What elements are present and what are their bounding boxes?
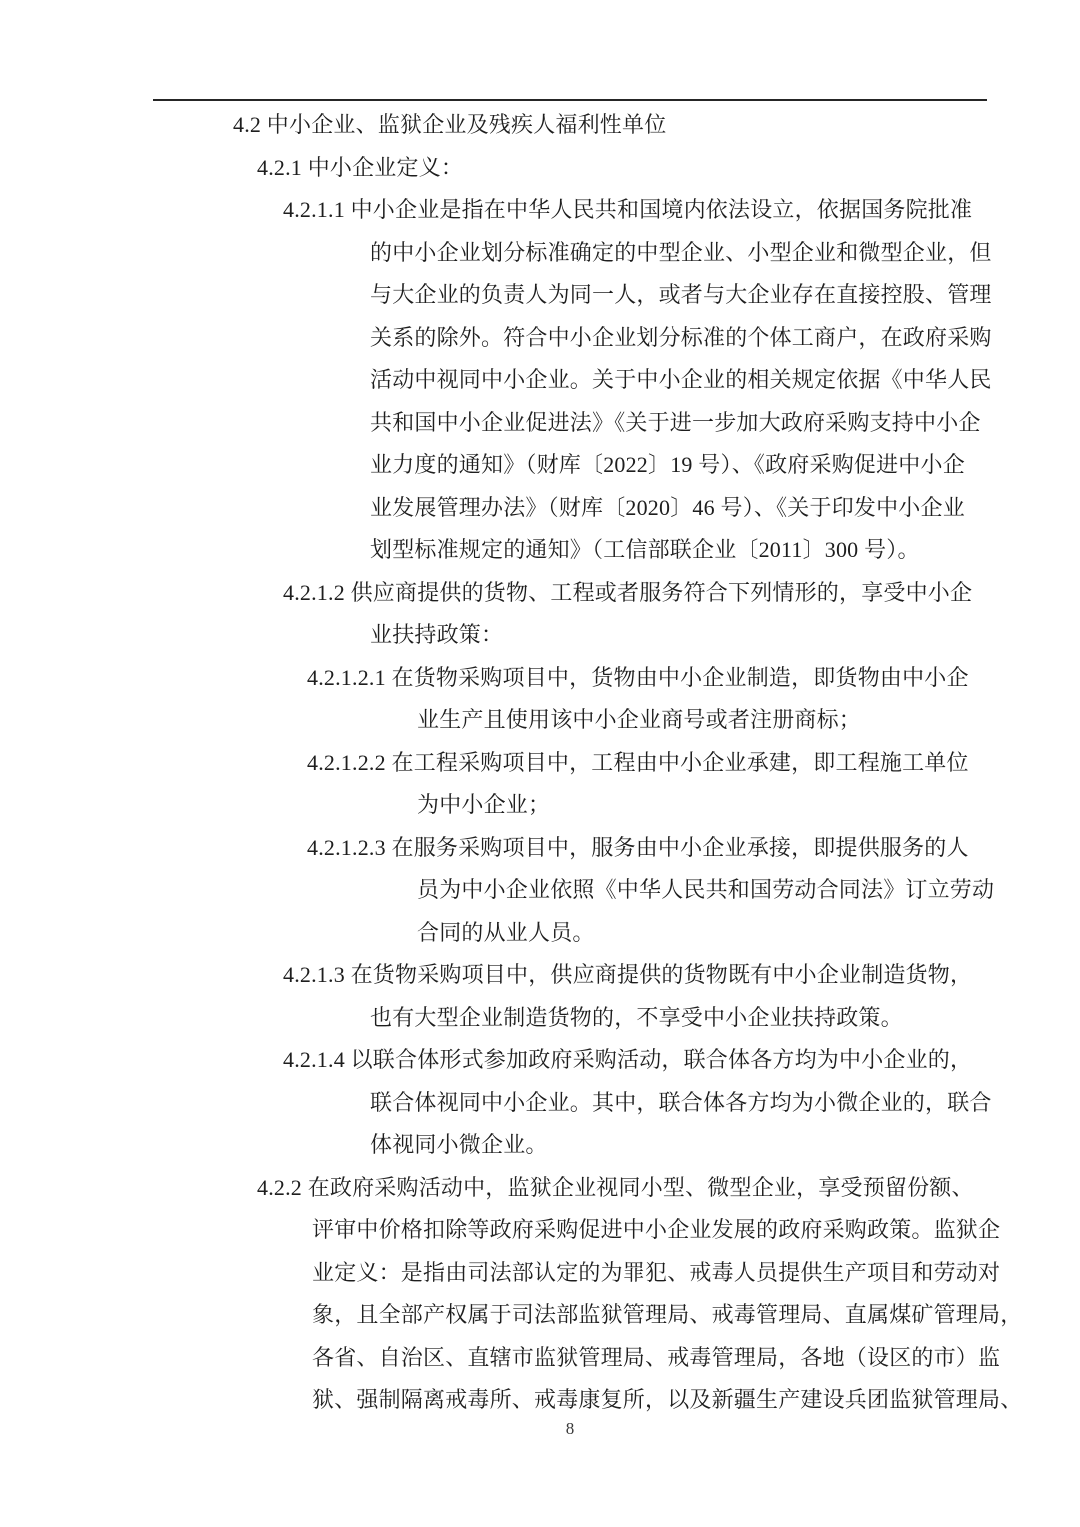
document-page: 4.2 中小企业、监狱企业及残疾人福利性单位4.2.1 中小企业定义：4.2.1…	[0, 0, 1080, 1527]
text-line: 共和国中小企业促进法》《关于进一步加大政府采购支持中小企	[370, 410, 981, 435]
text-line: 体视同小微企业。	[370, 1132, 548, 1157]
text-line: 划型标准规定的通知》（工信部联企业〔2011〕300 号）。	[370, 537, 920, 562]
section-heading-4-2-1: 4.2.1 中小企业定义：	[257, 155, 463, 180]
page-number: 8	[153, 1419, 987, 1439]
text-line: 联合体视同中小企业。其中，联合体各方均为小微企业的，联合	[370, 1090, 992, 1115]
clause-4-2-1-3: 4.2.1.3 在货物采购项目中，供应商提供的货物既有中小企业制造货物，	[283, 962, 972, 987]
text-line: 评审中价格扣除等政府采购促进中小企业发展的政府采购政策。监狱企	[312, 1217, 1000, 1242]
text-line: 与大企业的负责人为同一人，或者与大企业存在直接控股、管理	[370, 282, 992, 307]
text-line: 业扶持政策：	[370, 622, 503, 647]
clause-4-2-1-2-2: 4.2.1.2.2 在工程采购项目中，工程由中小企业承建，即工程施工单位	[307, 750, 969, 775]
clause-4-2-1-2-1: 4.2.1.2.1 在货物采购项目中，货物由中小企业制造，即货物由中小企	[307, 665, 969, 690]
section-heading-4-2: 4.2 中小企业、监狱企业及残疾人福利性单位	[233, 112, 666, 137]
text-line: 员为中小企业依照《中华人民共和国劳动合同法》订立劳动	[417, 877, 994, 902]
text-line: 业力度的通知》（财库〔2022〕19 号）、《政府采购促进中小企	[370, 452, 965, 477]
header-rule	[153, 99, 987, 101]
clause-4-2-1-4: 4.2.1.4 以联合体形式参加政府采购活动，联合体各方均为中小企业的，	[283, 1047, 972, 1072]
text-line: 业生产且使用该中小企业商号或者注册商标；	[417, 707, 861, 732]
text-line: 业定义：是指由司法部认定的为罪犯、戒毒人员提供生产项目和劳动对	[312, 1260, 1000, 1285]
clause-4-2-1-2: 4.2.1.2 供应商提供的货物、工程或者服务符合下列情形的，享受中小企	[283, 580, 972, 605]
text-line: 合同的从业人员。	[417, 920, 595, 945]
clause-4-2-1-1: 4.2.1.1 中小企业是指在中华人民共和国境内依法设立，依据国务院批准	[283, 197, 972, 222]
text-line: 各省、自治区、直辖市监狱管理局、戒毒管理局，各地（设区的市）监	[312, 1345, 1000, 1370]
text-line: 业发展管理办法》（财库〔2020〕46 号）、《关于印发中小企业	[370, 495, 965, 520]
section-heading-4-2-2: 4.2.2 在政府采购活动中，监狱企业视同小型、微型企业，享受预留份额、	[257, 1175, 974, 1200]
text-line: 的中小企业划分标准确定的中型企业、小型企业和微型企业，但	[370, 240, 992, 265]
text-line: 狱、强制隔离戒毒所、戒毒康复所，以及新疆生产建设兵团监狱管理局、	[312, 1387, 1022, 1412]
text-line: 关系的除外。符合中小企业划分标准的个体工商户，在政府采购	[370, 325, 992, 350]
text-line: 象，且全部产权属于司法部监狱管理局、戒毒管理局、直属煤矿管理局，	[312, 1302, 1022, 1327]
text-line: 也有大型企业制造货物的，不享受中小企业扶持政策。	[370, 1005, 903, 1030]
text-line: 活动中视同中小企业。关于中小企业的相关规定依据《中华人民	[370, 367, 992, 392]
clause-4-2-1-2-3: 4.2.1.2.3 在服务采购项目中，服务由中小企业承接，即提供服务的人	[307, 835, 969, 860]
text-line: 为中小企业；	[417, 792, 550, 817]
